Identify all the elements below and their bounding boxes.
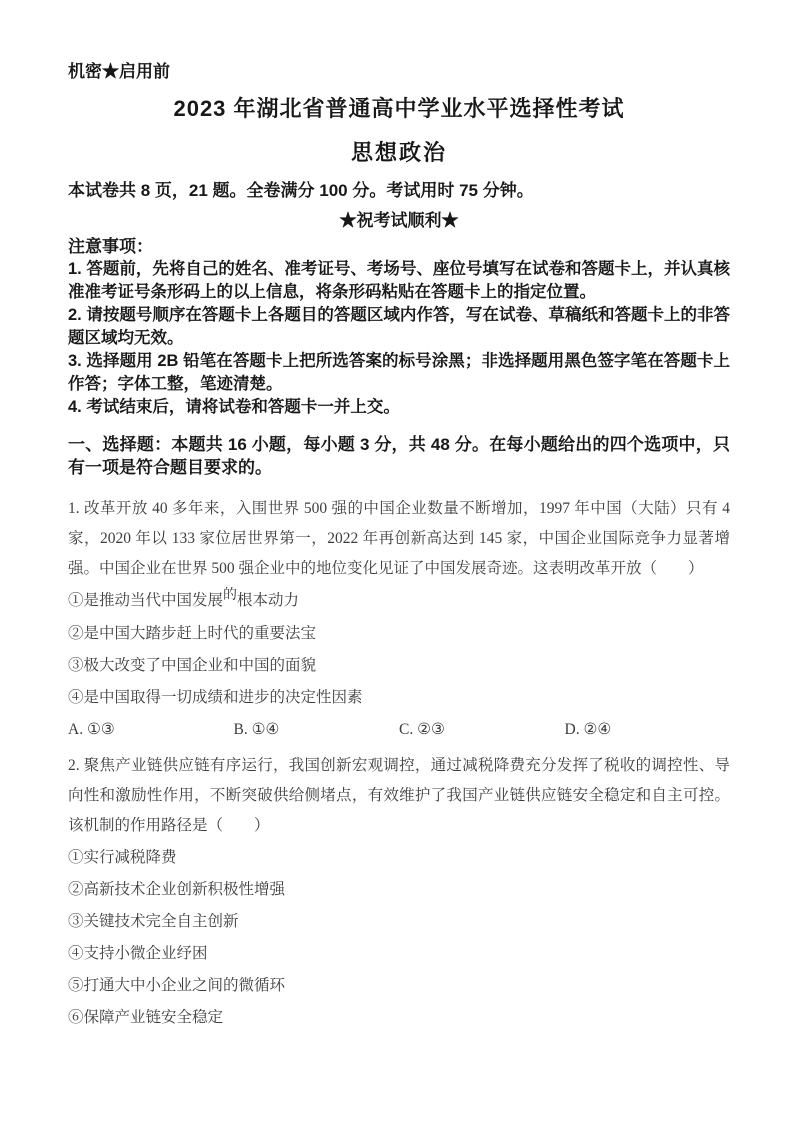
classification-label: 机密★启用前 <box>68 62 730 82</box>
exam-paper-page: 机密★启用前 2023 年湖北省普通高中学业水平选择性考试 思想政治 本试卷共 … <box>0 0 793 1122</box>
question-2-option-4: ④支持小微企业纾困 <box>68 939 730 969</box>
answer-choice-d: D. ②④ <box>565 717 731 743</box>
answer-choice-b: B. ①④ <box>234 717 400 743</box>
question-2-stem: 2. 聚焦产业链供应链有序运行，我国创新宏观调控，通过减税降费充分发挥了税收的调… <box>68 751 730 841</box>
exam-subject: 思想政治 <box>68 139 730 167</box>
exam-wish-line: ★祝考试顺利★ <box>68 210 730 232</box>
question-1-option-1-superscript: 的 <box>223 588 237 603</box>
question-2-option-1: ①实行减税降费 <box>68 843 730 873</box>
answer-choice-a: A. ①③ <box>68 717 234 743</box>
question-1: 1. 改革开放 40 多年来，入围世界 500 强的中国企业数量不断增加，199… <box>68 494 730 743</box>
question-2-option-5: ⑤打通大中小企业之间的微循环 <box>68 971 730 1001</box>
question-1-option-4: ④是中国取得一切成绩和进步的决定性因素 <box>68 683 730 713</box>
notice-title: 注意事项： <box>68 235 730 258</box>
question-2-option-6: ⑥保障产业链安全稳定 <box>68 1003 730 1033</box>
question-1-option-1-post: 根本动力 <box>237 592 299 609</box>
notice-item-3: 3. 选择题用 2B 铅笔在答题卡上把所选答案的标号涂黑；非选择题用黑色签字笔在… <box>68 350 730 396</box>
question-1-option-3: ③极大改变了中国企业和中国的面貌 <box>68 651 730 681</box>
question-1-option-1: ①是推动当代中国发展的根本动力 <box>68 586 730 617</box>
answer-choice-c: C. ②③ <box>399 717 565 743</box>
question-1-option-2: ②是中国大踏步赶上时代的重要法宝 <box>68 619 730 649</box>
question-1-option-1-pre: ①是推动当代中国发展 <box>68 592 223 609</box>
question-2-option-2: ②高新技术企业创新积极性增强 <box>68 875 730 905</box>
question-1-answer-row: A. ①③ B. ①④ C. ②③ D. ②④ <box>68 717 730 743</box>
question-2: 2. 聚焦产业链供应链有序运行，我国创新宏观调控，通过减税降费充分发挥了税收的调… <box>68 751 730 1033</box>
notice-item-1: 1. 答题前，先将自己的姓名、准考证号、考场号、座位号填写在试卷和答题卡上，并认… <box>68 258 730 304</box>
notice-section: 注意事项： 1. 答题前，先将自己的姓名、准考证号、考场号、座位号填写在试卷和答… <box>68 235 730 419</box>
notice-item-2: 2. 请按题号顺序在答题卡上各题目的答题区域内作答，写在试卷、草稿纸和答题卡上的… <box>68 304 730 350</box>
question-1-stem: 1. 改革开放 40 多年来，入围世界 500 强的中国企业数量不断增加，199… <box>68 494 730 584</box>
section-title-multiple-choice: 一、选择题：本题共 16 小题，每小题 3 分，共 48 分。在每小题给出的四个… <box>68 433 730 479</box>
exam-title: 2023 年湖北省普通高中学业水平选择性考试 <box>68 95 730 123</box>
exam-info-line: 本试卷共 8 页，21 题。全卷满分 100 分。考试用时 75 分钟。 <box>68 180 730 202</box>
question-2-option-3: ③关键技术完全自主创新 <box>68 907 730 937</box>
notice-item-4: 4. 考试结束后，请将试卷和答题卡一并上交。 <box>68 396 730 419</box>
